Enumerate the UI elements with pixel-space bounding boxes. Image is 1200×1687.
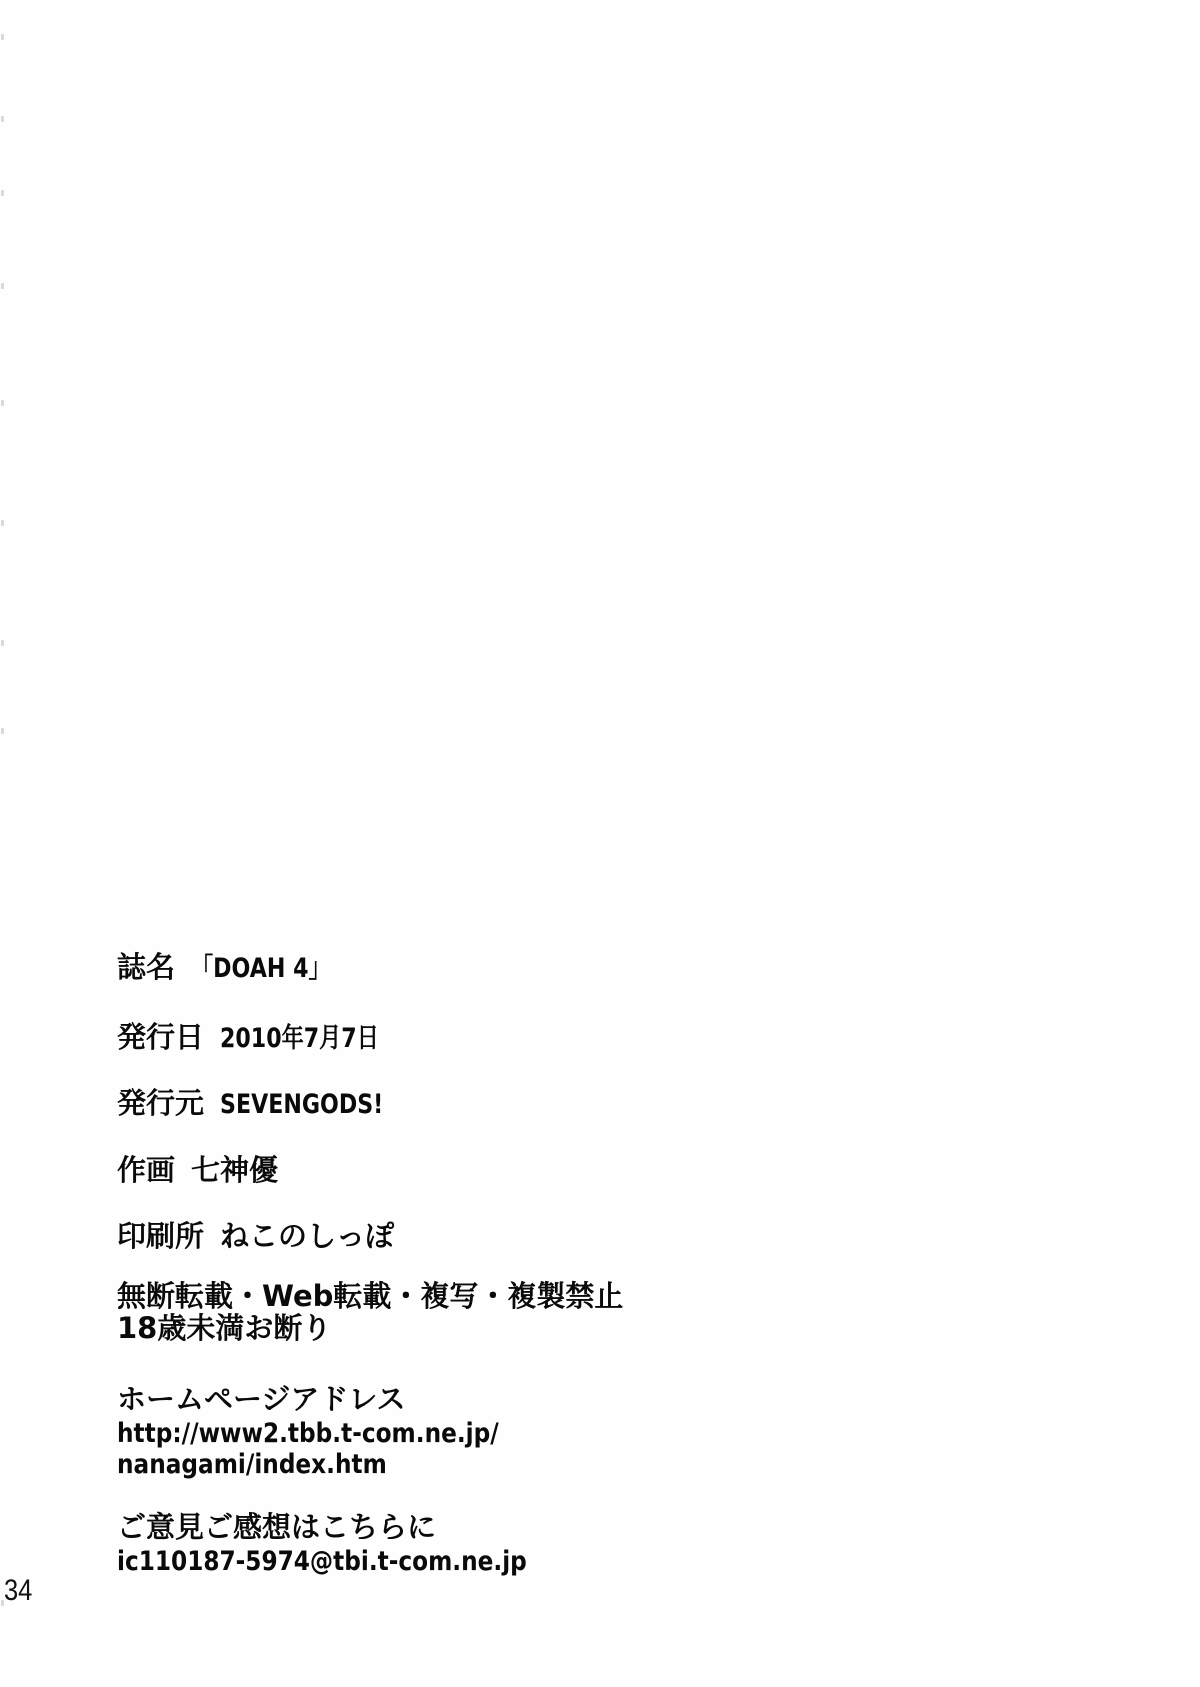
- colophon-publisher-row: 発行元SEVENGODS!: [117, 1087, 419, 1121]
- page-number: 34: [4, 1574, 32, 1608]
- scan-mark: [1, 520, 4, 526]
- artist-label: 作画: [117, 1153, 175, 1187]
- book-page: 誌名「DOAH 4」 発行日2010年7月7日 発行元SEVENGODS! 作画…: [0, 0, 1200, 1687]
- artist-value: 七神優: [191, 1153, 278, 1187]
- feedback-email[interactable]: ic110187-5974@tbi.t-com.ne.jp: [117, 1546, 527, 1578]
- scan-mark: [1, 34, 4, 40]
- feedback-heading: ご意見ご感想はこちらに: [117, 1511, 436, 1543]
- title-value: 「DOAH 4」: [191, 953, 331, 985]
- colophon-title-row: 誌名「DOAH 4」: [117, 951, 361, 985]
- title-label: 誌名: [117, 950, 175, 984]
- homepage-url-line2[interactable]: nanagami/index.htm: [117, 1447, 431, 1481]
- colophon-date-row: 発行日2010年7月7日: [117, 1021, 414, 1055]
- printer-value: ねこのしっぽ: [220, 1219, 394, 1253]
- feedback-email-line[interactable]: ic110187-5974@tbi.t-com.ne.jp: [117, 1544, 594, 1578]
- scan-mark: [1, 190, 4, 196]
- issue-date-label: 発行日: [117, 1020, 204, 1054]
- colophon-printer-row: 印刷所ねこのしっぽ: [117, 1220, 394, 1252]
- scan-mark: [1, 283, 4, 289]
- homepage-url-part2[interactable]: nanagami/index.htm: [117, 1449, 387, 1481]
- homepage-url-line1[interactable]: http://www2.tbb.t-com.ne.jp/: [117, 1416, 561, 1450]
- homepage-url-part1[interactable]: http://www2.tbb.t-com.ne.jp/: [117, 1418, 499, 1450]
- scan-mark: [1, 116, 4, 122]
- publisher-value: SEVENGODS!: [220, 1089, 383, 1121]
- issue-date-value: 2010年7月7日: [220, 1023, 379, 1055]
- scan-mark: [1, 640, 4, 646]
- scan-mark: [1, 728, 4, 734]
- printer-label: 印刷所: [117, 1219, 204, 1253]
- age-restriction-notice: 18歳未満お断り: [117, 1312, 331, 1344]
- publisher-label: 発行元: [117, 1086, 204, 1120]
- colophon-artist-row: 作画七神優: [117, 1154, 278, 1186]
- scan-mark: [1, 400, 4, 406]
- homepage-heading: ホームページアドレス: [117, 1383, 406, 1415]
- copyright-notice: 無断転載・Web転載・複写・複製禁止: [117, 1280, 623, 1312]
